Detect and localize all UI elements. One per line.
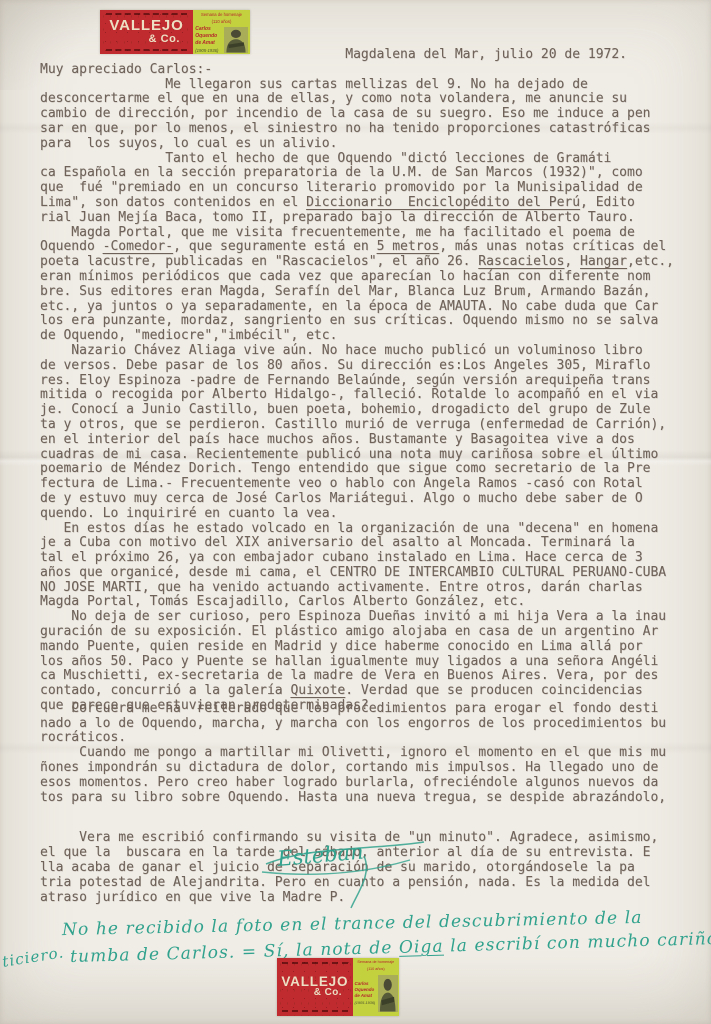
- signature-gap: [40, 805, 700, 831]
- letter-line: tos para su libro sobre Oquendo. Hasta u…: [40, 791, 700, 806]
- letter-line: fectura de Lima.- Frecuentemente veo o h…: [40, 477, 700, 492]
- poet-name-line: Oquendo: [195, 33, 224, 40]
- letter-line: Magdalena del Mar, julio 20 de 1972.: [40, 48, 700, 63]
- letter-line: je. Conocí a Junio Castillo, buen poeta,…: [40, 403, 700, 418]
- stitch-line: [282, 1010, 349, 1012]
- letter-line: de y estuvo muy cerca de José Carlos Mar…: [40, 492, 700, 507]
- letter-line: rial Juan Mejía Baca, tomo II, preparado…: [40, 211, 700, 226]
- letter-line: en el interior del país hace muchos años…: [40, 433, 700, 448]
- letter-line: que fué "premiado en un concurso literar…: [40, 181, 700, 196]
- poet-name: Carlos Oquendo de Amat (1905-1936): [353, 981, 379, 1006]
- logo-brand-text: VALLEJO: [277, 975, 353, 989]
- letter-line: mando Puente, quien reside en Madrid y d…: [40, 640, 700, 655]
- scanned-letter-page: VALLEJO & Co. Semana de homenaje (110 añ…: [0, 0, 711, 1024]
- poet-name-line: de Amat: [354, 993, 378, 999]
- poet-name-line: de Amat: [195, 40, 224, 47]
- letter-line: para los suyos, lo cual es un alivio.: [40, 137, 700, 152]
- stitch-line: [106, 13, 188, 15]
- letter-line: ta y otros, que se perdieron. Castillo m…: [40, 418, 700, 433]
- letter-line: esos momentos. Pero creo haber logrado b…: [40, 776, 700, 791]
- letter-line: ca Muschietti, ex-secretaria de la madre…: [40, 669, 700, 684]
- letter-line: de Oquendo, "mediocre","imbécil", etc.: [40, 329, 700, 344]
- logo-brand-text: VALLEJO: [100, 18, 193, 33]
- logo-tagline: Semana de homenaje: [353, 960, 399, 965]
- letter-line: poemario de Méndez Dorich. Tengo entendi…: [40, 462, 700, 477]
- poet-years: (1905-1936): [354, 1001, 378, 1006]
- letter-line: los años 50. Paco y Puente se hallan igu…: [40, 655, 700, 670]
- letter-line: Oquendo -Comedor-, que seguramente está …: [40, 240, 700, 255]
- letter-line: cuadras de mi casa. Recientemente public…: [40, 448, 700, 463]
- logo-tagline: Semana de homenaje: [193, 12, 250, 17]
- letter-line: de versos. Debe pasar de los 80 años. Su…: [40, 359, 700, 374]
- letter-line: Me llegaron sus cartas mellizas del 9. N…: [40, 78, 700, 93]
- letter-body: Magdalena del Mar, julio 20 de 1972.Muy …: [40, 48, 700, 905]
- letter-line: desconcertarme el que en una de ellas, y…: [40, 92, 700, 107]
- letter-line: ca Española en la sección preparatoria d…: [40, 166, 700, 181]
- letter-line: Magda Portal, que me visita frecuentemen…: [40, 226, 700, 241]
- letter-line: je a Cuba con motivo del XIX aniversario…: [40, 536, 700, 551]
- letter-line: Lima", son datos contenidos en el Diccio…: [40, 196, 700, 211]
- letter-line: Corcuera me ha reiterado que los procedi…: [40, 702, 700, 717]
- logo-brand-text: & Co.: [277, 988, 353, 999]
- letter-line: Muy apreciado Carlos:-: [40, 63, 700, 78]
- letter-line: tal el próximo 26, ya con embajador cuba…: [40, 551, 700, 566]
- letter-line: rocráticos.: [40, 731, 700, 746]
- letter-line: mitida o recogida por Alberto Hidalgo-, …: [40, 388, 700, 403]
- letter-line: nado a lo de Oquendo, marcha, y marcha c…: [40, 717, 700, 732]
- vallejo-co-logo-bottom: VALLEJO & Co. Semana de homenaje (110 añ…: [277, 958, 399, 1016]
- letter-line: eran mínimos periódicos que cada vez que…: [40, 270, 700, 285]
- letter-line: sar en que, por lo menos, el siniestro n…: [40, 122, 700, 137]
- letter-line: años que organicé, desde mi cama, el CEN…: [40, 566, 700, 581]
- logo-green-panel: Semana de homenaje (110 años) Carlos Oqu…: [353, 958, 399, 1016]
- poet-name-line: Carlos: [195, 26, 224, 33]
- letter-line: etc., ya juntos o ya separadamente, en l…: [40, 300, 700, 315]
- letter-line: NO JOSE MARTI, que ha venido actuando ac…: [40, 581, 700, 596]
- letter-line: Nazario Chávez Aliaga vive aún. No hace …: [40, 344, 700, 359]
- letter-line: Magda Portal, Tomás Escajadillo, Carlos …: [40, 595, 700, 610]
- letter-line: contado, concurrió a la galería Quixote.…: [40, 684, 700, 699]
- stitch-line: [282, 962, 349, 964]
- letter-line: Cuando me pongo a martillar mi Olivetti,…: [40, 746, 700, 761]
- letter-line: los era punzante, mordaz, sangriento en …: [40, 314, 700, 329]
- poet-photo: [378, 975, 397, 1012]
- logo-green-row: Carlos Oquendo de Amat (1905-1936): [353, 971, 399, 1016]
- logo-brand-text: & Co.: [100, 33, 193, 45]
- letter-line: ñones impondrán su dictadura de dolor, c…: [40, 761, 700, 776]
- letter-line: No deja de ser curioso, pero Espinoza Du…: [40, 610, 700, 625]
- letter-line: res. Eloy Espinoza -padre de Fernando Be…: [40, 374, 700, 389]
- letter-line: Tanto el hecho de que Oquendo "dictó lec…: [40, 152, 700, 167]
- signature-text: Esteban: [275, 840, 364, 872]
- letter-line: bre. Sus editores eran Magda, Serafín de…: [40, 285, 700, 300]
- signature: Esteban: [252, 830, 432, 910]
- letter-line: guración de su exposición. El plástico a…: [40, 625, 700, 640]
- letter-line: quendo. Lo inquiriré en cuanto la vea.: [40, 507, 700, 522]
- logo-red-panel: VALLEJO & Co.: [277, 958, 353, 1016]
- letter-line: En estos días he estado volcado en la or…: [40, 522, 700, 537]
- letter-line: poeta lacustre, publicadas en "Rascaciel…: [40, 255, 700, 270]
- letter-line: cambio de dirección, por incendio de la …: [40, 107, 700, 122]
